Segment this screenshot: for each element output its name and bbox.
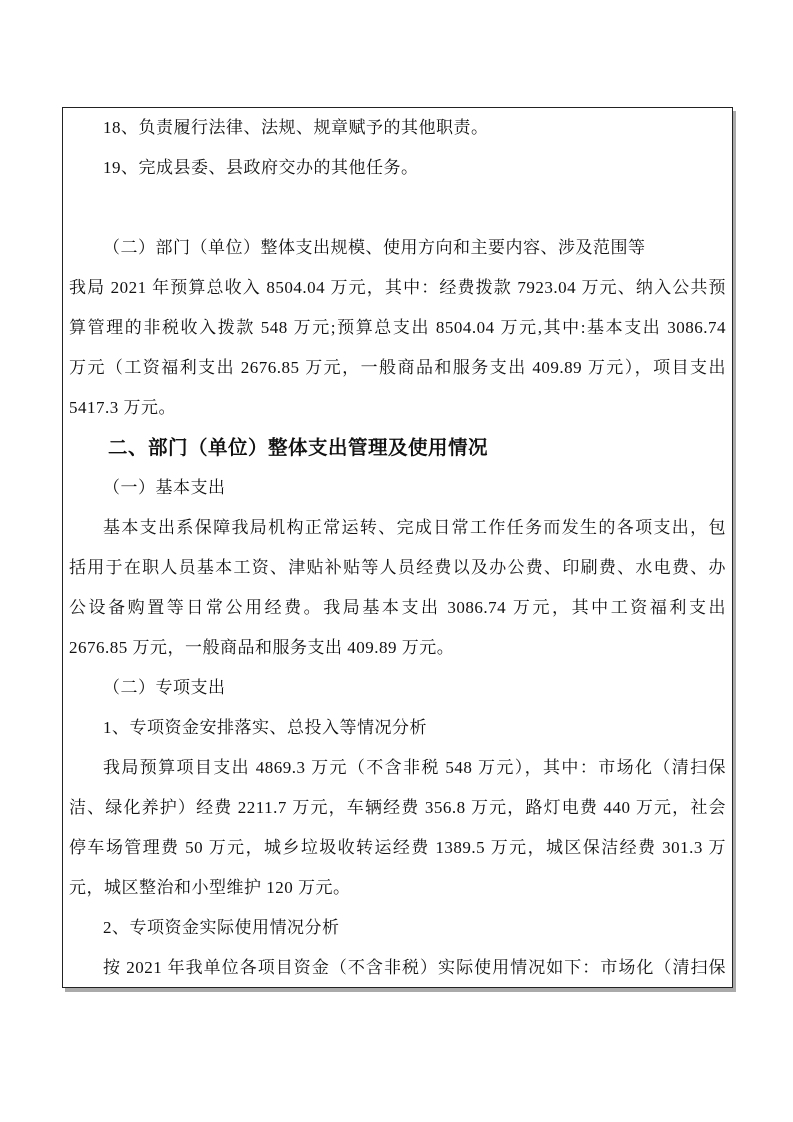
paragraph-line: 万元（工资福利支出 2676.85 万元，一般商品和服务支出 409.89 万元… [69,348,726,388]
blank-line [69,188,726,228]
paragraph-line: 基本支出系保障我局机构正常运转、完成日常工作任务而发生的各项支出，包 [69,508,726,548]
list-item-19: 19、完成县委、县政府交办的其他任务。 [69,148,726,188]
list-item-18: 18、负责履行法律、法规、规章赋予的其他职责。 [69,108,726,148]
paragraph-line: 我局 2021 年预算总收入 8504.04 万元，其中：经费拨款 7923.0… [69,268,726,308]
subsection-heading-basic: （一）基本支出 [69,468,726,508]
sub-item-heading-2: 2、专项资金实际使用情况分析 [69,908,726,948]
paragraph-line: 2676.85 万元，一般商品和服务支出 409.89 万元。 [69,628,726,668]
paragraph-line: 公设备购置等日常公用经费。我局基本支出 3086.74 万元，其中工资福利支出 [69,588,726,628]
content-table-cell: 18、负责履行法律、法规、规章赋予的其他职责。 19、完成县委、县政府交办的其他… [62,107,733,988]
paragraph-line: 算管理的非税收入拨款 548 万元;预算总支出 8504.04 万元,其中:基本… [69,308,726,348]
paragraph-line: 停车场管理费 50 万元，城乡垃圾收转运经费 1389.5 万元，城区保洁经费 … [69,828,726,868]
subsection-heading-scale: （二）部门（单位）整体支出规模、使用方向和主要内容、涉及范围等 [69,228,726,268]
document-page: 18、负责履行法律、法规、规章赋予的其他职责。 19、完成县委、县政府交办的其他… [0,0,793,1122]
paragraph-line: 按 2021 年我单位各项目资金（不含非税）实际使用情况如下：市场化（清扫保 [69,948,726,988]
subsection-heading-special: （二）专项支出 [69,668,726,708]
sub-item-heading-1: 1、专项资金安排落实、总投入等情况分析 [69,708,726,748]
section-heading: 二、部门（单位）整体支出管理及使用情况 [69,428,726,468]
paragraph-line: 洁、绿化养护）经费 2211.7 万元，车辆经费 356.8 万元，路灯电费 4… [69,788,726,828]
paragraph-line: 元，城区整治和小型维护 120 万元。 [69,868,726,908]
paragraph-line: 括用于在职人员基本工资、津贴补贴等人员经费以及办公费、印刷费、水电费、办 [69,548,726,588]
paragraph-line: 我局预算项目支出 4869.3 万元（不含非税 548 万元），其中：市场化（清… [69,748,726,788]
paragraph-line: 5417.3 万元。 [69,388,726,428]
